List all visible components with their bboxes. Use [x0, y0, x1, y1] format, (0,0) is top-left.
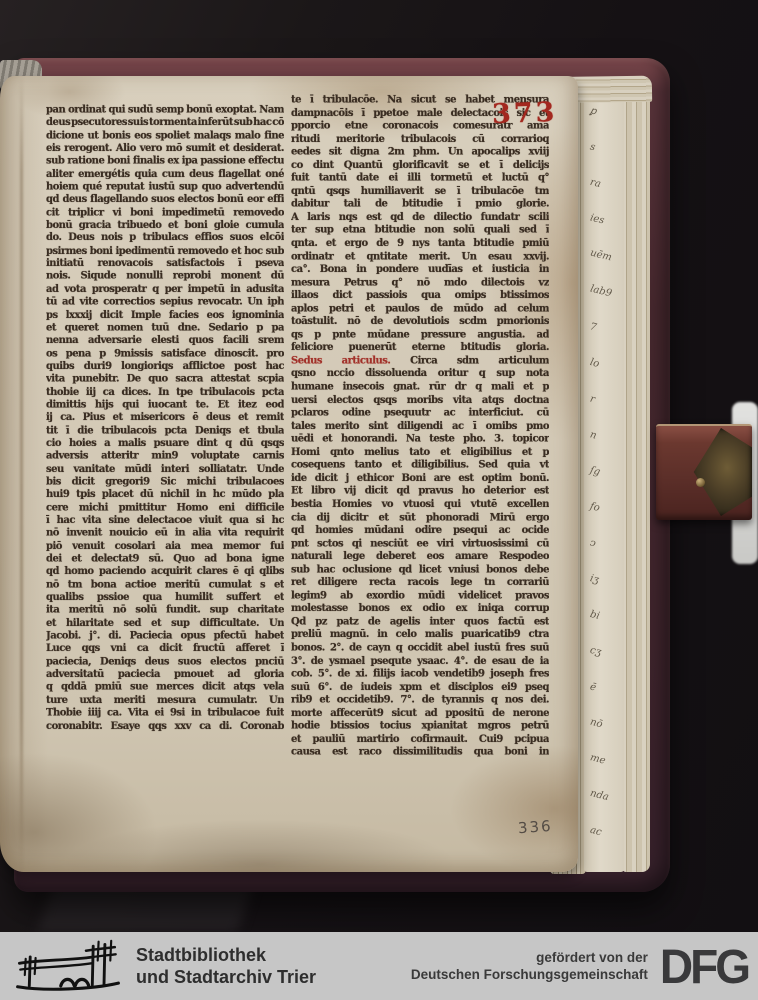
- clasp-metal-plate: [690, 428, 752, 516]
- manuscript-text-line: dabitur tali de btitudie ī pmio glorie.: [291, 198, 549, 211]
- manuscript-text-line: dei et delectat9 sū. Quo ad bona igne: [46, 553, 284, 566]
- gutter-crease: [20, 76, 23, 872]
- text-column-right: te ī tribulacōe. Na sicut se habet mensu…: [291, 94, 549, 762]
- library-name-line1: Stadtbibliothek: [136, 944, 316, 966]
- manuscript-text-line: dimittis hijs qui iuocant te. Et itez eo…: [46, 399, 284, 412]
- manuscript-text-line: quibs duri9 longioriqs afflictoe post ha…: [46, 361, 284, 374]
- manuscript-text-line: hodie btissios tocius xpianitat mgros pe…: [291, 720, 549, 733]
- manuscript-text-line: ī hac vita sine delectacoe viuit qua si …: [46, 515, 284, 528]
- margin-note-fragment: me: [589, 752, 607, 766]
- margin-note-fragment: ē: [589, 681, 597, 693]
- manuscript-text-line: Qd pz patz de agelis inter quos factū es…: [291, 616, 549, 629]
- clasp-strap: [656, 424, 752, 520]
- stadtbibliothek-trier-logo-icon: [14, 938, 122, 994]
- manuscript-text-line: dicione ut bonis eos spoliet malaqs malo…: [46, 130, 284, 143]
- manuscript-text-line: ide dicit j ethicor Boni are est optim b…: [291, 472, 549, 485]
- manuscript-text-line: ture uxta meriti mesura cumulatr. Un: [46, 695, 284, 708]
- margin-note-fragment: ies: [589, 212, 605, 226]
- margin-note-fragment: r: [589, 394, 596, 406]
- manuscript-text-line: uersi electos qsqs moribs vita atqs doct…: [291, 394, 549, 407]
- fore-edge-pages-outer: [622, 84, 650, 872]
- manuscript-text-line: fuit tantū date ei illi tormetū et luctū…: [291, 172, 549, 185]
- manuscript-text-line: thobie iij ca dices. In tpe tribulacois …: [46, 386, 284, 399]
- manuscript-text-line: ret diligere recta racois lege tn corrar…: [291, 577, 549, 590]
- manuscript-text-line: qsno nccio dissoluenda oritur q sup nota: [291, 368, 549, 381]
- manuscript-text-line: uēdi et honorandi. Na teste pho. 3. topi…: [291, 433, 549, 446]
- manuscript-text-line: 3°. de ysmael psequte ysaac. 4°. de esau…: [291, 655, 549, 668]
- manuscript-text-line: bestia Homies vo vtuosi qui vtutē excell…: [291, 499, 549, 512]
- funding-credit: gefördert von der Deutschen Forschungsge…: [411, 949, 648, 983]
- manuscript-text-line: nenna adversarie elesti quos facili srem: [46, 335, 284, 348]
- manuscript-text-line: q qddā pmiū sue merces dicit atqs vela: [46, 682, 284, 695]
- manuscript-text-line: morte affecerūt9 sicut ad ppositū de ner…: [291, 707, 549, 720]
- margin-note-fragment: bi: [589, 609, 601, 622]
- manuscript-text-line: feliciore puenerūt eterne btitudis glori…: [291, 342, 549, 355]
- manuscript-text-line: deus psecutores suis tormenta inferūt su…: [46, 117, 284, 130]
- manuscript-text-line: bonū gracia tribuedo et boni gloie cumul…: [46, 220, 284, 233]
- manuscript-text-line: qd deus flagellando suos electos bonū eo…: [46, 194, 284, 207]
- manuscript-text-line: initiatū renovacois satisfactois ī pseva: [46, 258, 284, 271]
- margin-note-fragment: nda: [589, 788, 610, 803]
- manuscript-text-line: ca°. Bona in pondere uudīas et iusticia …: [291, 264, 549, 277]
- manuscript-text-line: piō venuit cosolari aia mea memor fui: [46, 540, 284, 553]
- manuscript-text-line: pan ordinat qui sudū semp bonū exoptat. …: [46, 104, 284, 117]
- manuscript-text-line: sub hac oclusione qd licet vniusi bonos …: [291, 564, 549, 577]
- margin-note-fragment: ↄ: [589, 537, 597, 549]
- manuscript-text-line: tit ī die tribulacois pcta Deniqs et tbu…: [46, 425, 284, 438]
- manuscript-text-line: humane insecois gnat. rūr dr q mali et p: [291, 381, 549, 394]
- manuscript-text-line: psirmes boni ipedimentū removedo et hoc …: [46, 245, 284, 258]
- manuscript-text-line: do. Deus nois p tribulacs effios suos el…: [46, 232, 284, 245]
- library-name: Stadtbibliothek und Stadtarchiv Trier: [136, 944, 316, 988]
- manuscript-text-line: adversis atteritr min9 voluptate carnis: [46, 451, 284, 464]
- manuscript-text-line: pclaros odine psequutr ac interficiut. c…: [291, 407, 549, 420]
- margin-note-fragment: iʒ: [589, 573, 600, 586]
- manuscript-text-line: hoiem qué reputat iustū sup quo adverten…: [46, 181, 284, 194]
- manuscript-text-line: hui9 tpis placet dū nichil in hc mūdo pl…: [46, 489, 284, 502]
- manuscript-text-line: cob. 5°. de xi. filijs iacob vendetib9 j…: [291, 668, 549, 681]
- margin-note-fragment: ſg: [589, 465, 601, 478]
- manuscript-text-line: aplos petri et paulos de mūdo ad celum: [291, 303, 549, 316]
- manuscript-text-line: Homi qnto melius tato et eligibilius et …: [291, 446, 549, 459]
- manuscript-text-line: toāstulit. nō de devolutiois scdm pmorio…: [291, 316, 549, 329]
- manuscript-text-line: bonos. 2°. de cayn q occidit abel iustū …: [291, 642, 549, 655]
- margin-note-fragment: fo: [589, 501, 601, 514]
- underlying-page-margin-notes: ꝑsraiesuēmlab97lornſgfoↄiʒbicʒēnōmendaac: [584, 88, 624, 872]
- margin-note-fragment: ꝑ: [589, 105, 598, 117]
- manuscript-text-line: qd homo paciendo acquirit clares ē qi ql…: [46, 566, 284, 579]
- folio-number-rubric: 373: [491, 97, 557, 130]
- margin-note-fragment: ra: [589, 177, 602, 190]
- manuscript-text-line: A laris nqs est qd de dilectio fundatr s…: [291, 211, 549, 224]
- margin-note-fragment: lo: [589, 357, 601, 370]
- manuscript-page: pan ordinat qui sudū semp bonū exoptat. …: [0, 76, 578, 872]
- manuscript-text-line: nois. Siqude nonulli reprobi monent dū: [46, 271, 284, 284]
- manuscript-text-line: bis dicit gregori9 Sic michi tribulacoes: [46, 476, 284, 489]
- text-column-left: pan ordinat qui sudū semp bonū exoptat. …: [46, 104, 284, 740]
- manuscript-text-line: co dint Quantū glorificavit se et ī deli…: [291, 159, 549, 172]
- dfg-logo: DFG: [660, 942, 748, 990]
- manuscript-text-line: coronabitr. Esaye qqs xxv ca di. Coronab: [46, 720, 284, 733]
- manuscript-text-line: cit triplicr vi boni impedimetū removedo: [46, 207, 284, 220]
- manuscript-text-line: Luce qqs vni ca dicit fructū afferet ī: [46, 643, 284, 656]
- manuscript-text-line: naturali lege deberet eos amare Respodeo: [291, 551, 549, 564]
- manuscript-text-line: Sedus articulus. Circa sdm articulum: [291, 355, 549, 368]
- manuscript-text-line: tū ad vite correctios sepius revocatr. U…: [46, 297, 284, 310]
- manuscript-text-line: paciecia, Deniqs deus suos electos pnciū: [46, 656, 284, 669]
- manuscript-text-line: cia dij dicitr et sūt phonoradi Mirū erg…: [291, 512, 549, 525]
- manuscript-text-line: qd homies mūdani odire psequi ac ocide: [291, 525, 549, 538]
- manuscript-text-line: sub ratione boni finalis ex ipa passione…: [46, 155, 284, 168]
- manuscript-text-line: cere michi pmittitur Homo eni difficile: [46, 502, 284, 515]
- manuscript-text-line: os pena p 9missis satisface dinoscit. pr…: [46, 348, 284, 361]
- manuscript-text-line: ita meritū nō solū fundit. sup charitate: [46, 605, 284, 618]
- rubric-heading: Sedus articulus.: [291, 355, 410, 366]
- manuscript-text-line: suū 6°. de iudeis xpm et disciplos ei9 p…: [291, 681, 549, 694]
- library-name-line2: und Stadtarchiv Trier: [136, 966, 316, 988]
- manuscript-text-line: cosequens tanto et diligibilius. Sed qui…: [291, 459, 549, 472]
- margin-note-fragment: uēm: [589, 248, 613, 264]
- manuscript-text-line: seu vanitate mūdi interi solliatatr. Und…: [46, 463, 284, 476]
- manuscript-text-line: eis rerogent. Alio vero mō sumit et desi…: [46, 143, 284, 156]
- manuscript-text-line: legim9 ab exordio mūdi videlicet pravos: [291, 590, 549, 603]
- manuscript-text-line: molestasse bonos ex odio ex iniqa corrup: [291, 603, 549, 616]
- margin-note-fragment: lab9: [589, 284, 613, 300]
- manuscript-text-line: tales merito sint diligendi ac ī omibs p…: [291, 420, 549, 433]
- manuscript-text-line: cio hoies a malis psuare dint q dū qsqs: [46, 438, 284, 451]
- manuscript-text-line: ij ca. Pius et misericors ē deus et remi…: [46, 412, 284, 425]
- manuscript-text-line: pnt sctos qi nesciūt ee viri virtuosissi…: [291, 538, 549, 551]
- manuscript-text-line: adversitatū paciecia pmouet ad gloria: [46, 669, 284, 682]
- manuscript-text-line: ordinatr et qntitate merit. Un esau xxvi…: [291, 251, 549, 264]
- manuscript-text-line: mesura Petrus q° nō mdo dilectois vz: [291, 277, 549, 290]
- manuscript-text-line: qualibs pssioe qua humilit suffert et: [46, 592, 284, 605]
- margin-note-fragment: cʒ: [589, 645, 603, 658]
- margin-note-fragment: s: [589, 142, 597, 154]
- manuscript-text-line: qs p pnte mūdane pressure angustia. ad: [291, 329, 549, 342]
- manuscript-text-line: et hilaritate sed et sup difficultate. U…: [46, 618, 284, 631]
- manuscript-text-line: ter sup etna btitudie non solū quali sed…: [291, 224, 549, 237]
- manuscript-text-line: Thobie iiij ca. Vita ei 9si in tribulaco…: [46, 707, 284, 720]
- manuscript-text-line: eedes sit digna 2m phm. Un apocalips xvi…: [291, 146, 549, 159]
- funding-line2: Deutschen Forschungsgemeinschaft: [411, 966, 648, 983]
- manuscript-text-line: qnta. et ergo de 9 nys tanta btitudie pm…: [291, 238, 549, 251]
- footer-banner: Stadtbibliothek und Stadtarchiv Trier ge…: [0, 932, 758, 1000]
- manuscript-text-line: qntū qsqs humiliaverit se ī tribulacōe t…: [291, 185, 549, 198]
- manuscript-text-line: illaos dict passiois qua omips btissimos: [291, 290, 549, 303]
- manuscript-text-line: vita punebitr. De quo sacra attestat scp…: [46, 374, 284, 387]
- manuscript-text-line: causa est raco dissimilitudis qua boni i…: [291, 746, 549, 759]
- margin-note-fragment: n: [589, 429, 598, 441]
- funding-line1: gefördert von der: [411, 949, 648, 966]
- clasp-stud: [696, 478, 705, 487]
- manuscript-text-line: Et libro vij dicit qd pravus ho deterior…: [291, 485, 549, 498]
- margin-note-fragment: nō: [589, 717, 604, 731]
- pencil-foliation: 336: [517, 817, 553, 837]
- manuscript-text-line: rib9 et occidetib9. 7°. de tyrannis q no…: [291, 694, 549, 707]
- manuscript-text-line: ritudi meritorie tribulacois cū corrario…: [291, 133, 549, 146]
- manuscript-text-line: preliū magnū. in celo malis puaricatib9 …: [291, 629, 549, 642]
- manuscript-text-line: nō invenit nouicio eū in alia vita requi…: [46, 528, 284, 541]
- manuscript-text-line: et queret nomen tuū dne. Sedario p pa: [46, 322, 284, 335]
- manuscript-text-line: nō tm bona actioe meritū cumulat s et: [46, 579, 284, 592]
- margin-note-fragment: 7: [589, 321, 598, 333]
- manuscript-text-line: ad vota prosperatr q per impetū in adusi…: [46, 284, 284, 297]
- manuscript-text-line: Jacobi. j°. di. Paciecia opus pfectū hab…: [46, 630, 284, 643]
- manuscript-text-line: ps lxxxij dicit Imple facies eos ignomin…: [46, 309, 284, 322]
- margin-note-fragment: ac: [589, 825, 603, 838]
- manuscript-text-line: et pauliū martirio cofirmauit. Cui9 pcip…: [291, 733, 549, 746]
- manuscript-text-line: aliter emergétis quia cum deus flagellat…: [46, 168, 284, 181]
